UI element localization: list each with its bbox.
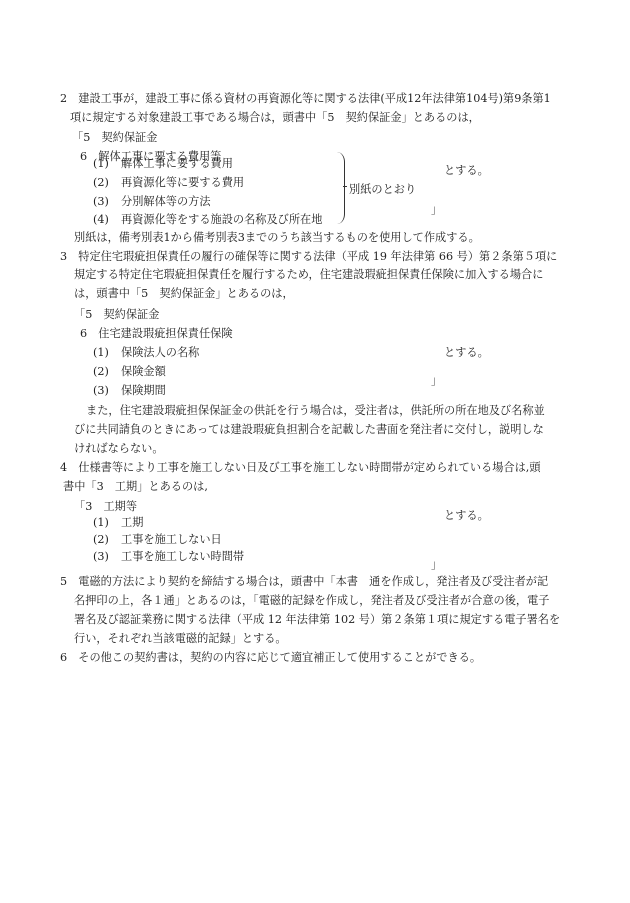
item3-quote-open: 「5 契約保証金 [74, 308, 159, 322]
item2-suru: とする。 [444, 164, 489, 178]
item2-item2-text: 再資源化等に要する費用 [121, 176, 244, 190]
item2-line1: 2 建設工事が，建設工事に係る資材の再資源化等に関する法律(平成12年法律第10… [60, 92, 551, 106]
item2-item2-num: (2) [93, 176, 109, 190]
item2-note: 別紙は，備考別表1から備考別表3までのうち該当するものを使用して作成する。 [74, 231, 480, 245]
item5-line2: 名押印の上，各１通」とあるのは，「電磁的記録を作成し，発注者及び受注者が合意の後… [74, 594, 549, 608]
item3-line2: 規定する特定住宅瑕疵担保責任を履行するため，住宅建設瑕疵担保責任保険に加入する場… [74, 268, 543, 282]
item6-line1: 6 その他この契約書は，契約の内容に応じて適宜補正して使用することができる。 [60, 651, 481, 665]
item2-brace-label: 別紙のとおり [349, 183, 416, 197]
item5-line4: 行い，それぞれ当該電磁的記録」とする。 [74, 632, 287, 646]
item2-quote-close: 」 [431, 203, 442, 217]
item4-line1: 4 仕様書等により工事を施工しない日及び工事を施工しない時間帯が定められている場… [60, 461, 541, 475]
item2-item3-num: (3) [93, 195, 109, 209]
item3-line3: は，頭書中「5 契約保証金」とあるのは， [74, 287, 294, 301]
item4-item1-text: 工期 [121, 516, 143, 530]
right-brace-point [343, 186, 347, 187]
item4-quote-close: 」 [431, 558, 442, 572]
item4-item3-num: (3) [93, 550, 109, 564]
item5-line1: 5 電磁的方法により契約を締結する場合は，頭書中「本書 通を作成し，発注者及び受… [60, 575, 548, 589]
item5-line3: 署名及び認証業務に関する法律（平成 12 年法律第 102 号）第２条第１項に規… [74, 613, 560, 627]
right-brace [336, 152, 345, 224]
item2-item1-num: (1) [93, 157, 109, 171]
item2-quote-open: 「5 契約保証金 [72, 131, 157, 145]
item3-para3: ければならない。 [74, 442, 164, 456]
item4-item1-num: (1) [93, 516, 109, 530]
item2-item4-text: 再資源化等をする施設の名称及び所在地 [121, 213, 322, 227]
item3-item1-num: (1) [93, 346, 109, 360]
item4-item2-text: 工事を施工しない日 [121, 533, 222, 547]
item4-line2: 書中「3 工期」とあるのは, [63, 480, 208, 494]
item3-suru: とする。 [444, 346, 489, 360]
item4-suru: とする。 [444, 509, 489, 523]
item3-item1-text: 保険法人の名称 [121, 346, 199, 360]
item2-item1-text: 解体工事に要する費用 [121, 157, 233, 171]
item3-sub6: 6 住宅建設瑕疵担保責任保険 [80, 327, 233, 341]
item3-item2-text: 保険金額 [121, 365, 166, 379]
item3-item2-num: (2) [93, 365, 109, 379]
item3-para2: びに共同請負のときにあっては建設瑕疵負担割合を記載した書面を発注者に交付し，説明… [74, 423, 544, 437]
item3-item3-text: 保険期間 [121, 384, 166, 398]
item2-item3-text: 分別解体等の方法 [121, 195, 211, 209]
item4-quote-open: 「3 工期等 [74, 500, 137, 514]
item4-item2-num: (2) [93, 533, 109, 547]
item4-item3-text: 工事を施工しない時間帯 [121, 550, 244, 564]
item3-quote-close: 」 [431, 374, 442, 388]
item3-para1: また，住宅建設瑕疵担保保証金の供託を行う場合は，受注者は，供託所の所在地及び名称… [86, 404, 545, 418]
item3-line1: 3 特定住宅瑕疵担保責任の履行の確保等に関する法律（平成 19 年法律第 66 … [60, 250, 557, 264]
item3-item3-num: (3) [93, 384, 109, 398]
item2-item4-num: (4) [93, 213, 109, 227]
item2-line2: 項に規定する対象建設工事である場合は，頭書中「5 契約保証金」とあるのは， [70, 111, 480, 125]
